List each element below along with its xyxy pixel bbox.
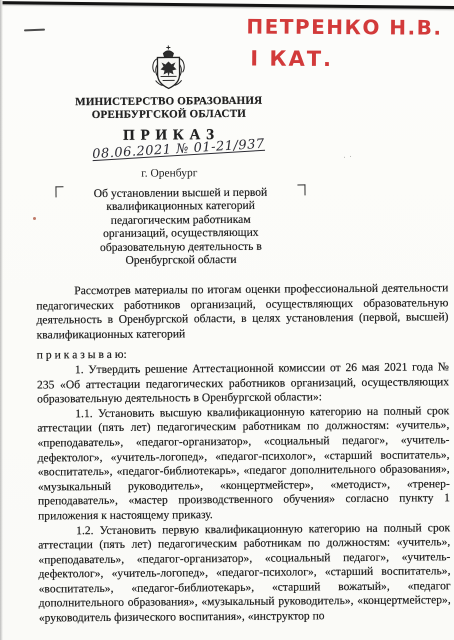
subject-line: Об установлении высшей и первой bbox=[56, 185, 304, 200]
subject-corner-mark-right bbox=[297, 184, 305, 195]
document-header: МИНИСТЕРСТВО ОБРАЗОВАНИЯ ОРЕНБУРГСКОЙ ОБ… bbox=[55, 44, 282, 181]
city-line: г. Оренбург bbox=[56, 167, 282, 181]
preamble-paragraph: Рассмотрев материалы по итогам оценки пр… bbox=[36, 281, 448, 343]
order-item-1-1: 1.1. Установить высшую квалификационную … bbox=[37, 404, 450, 524]
order-item-1-2: 1.2. Установить первую квалификационную … bbox=[38, 521, 451, 626]
order-subject: Об установлении высшей и первой квалифик… bbox=[56, 185, 305, 267]
scanned-order-document: .. ПЕТРЕНКО Н.В. I КАТ. bbox=[0, 0, 454, 640]
annotation-name: ПЕТРЕНКО Н.В. bbox=[246, 14, 442, 39]
ministry-name-line2: ОРЕНБУРГСКОЙ ОБЛАСТИ bbox=[56, 107, 282, 121]
subject-corner-mark-left bbox=[55, 186, 63, 197]
coat-of-arms-icon bbox=[150, 44, 186, 91]
document-content: ПЕТРЕНКО Н.В. I КАТ. bbox=[0, 0, 454, 640]
subject-line: Оренбургской области bbox=[57, 252, 305, 267]
order-body: Рассмотрев материалы по итогам оценки пр… bbox=[36, 281, 451, 626]
order-item-1: 1. Утвердить решение Аттестационной коми… bbox=[37, 360, 449, 407]
ministry-name-line1: МИНИСТЕРСТВО ОБРАЗОВАНИЯ bbox=[56, 95, 282, 109]
